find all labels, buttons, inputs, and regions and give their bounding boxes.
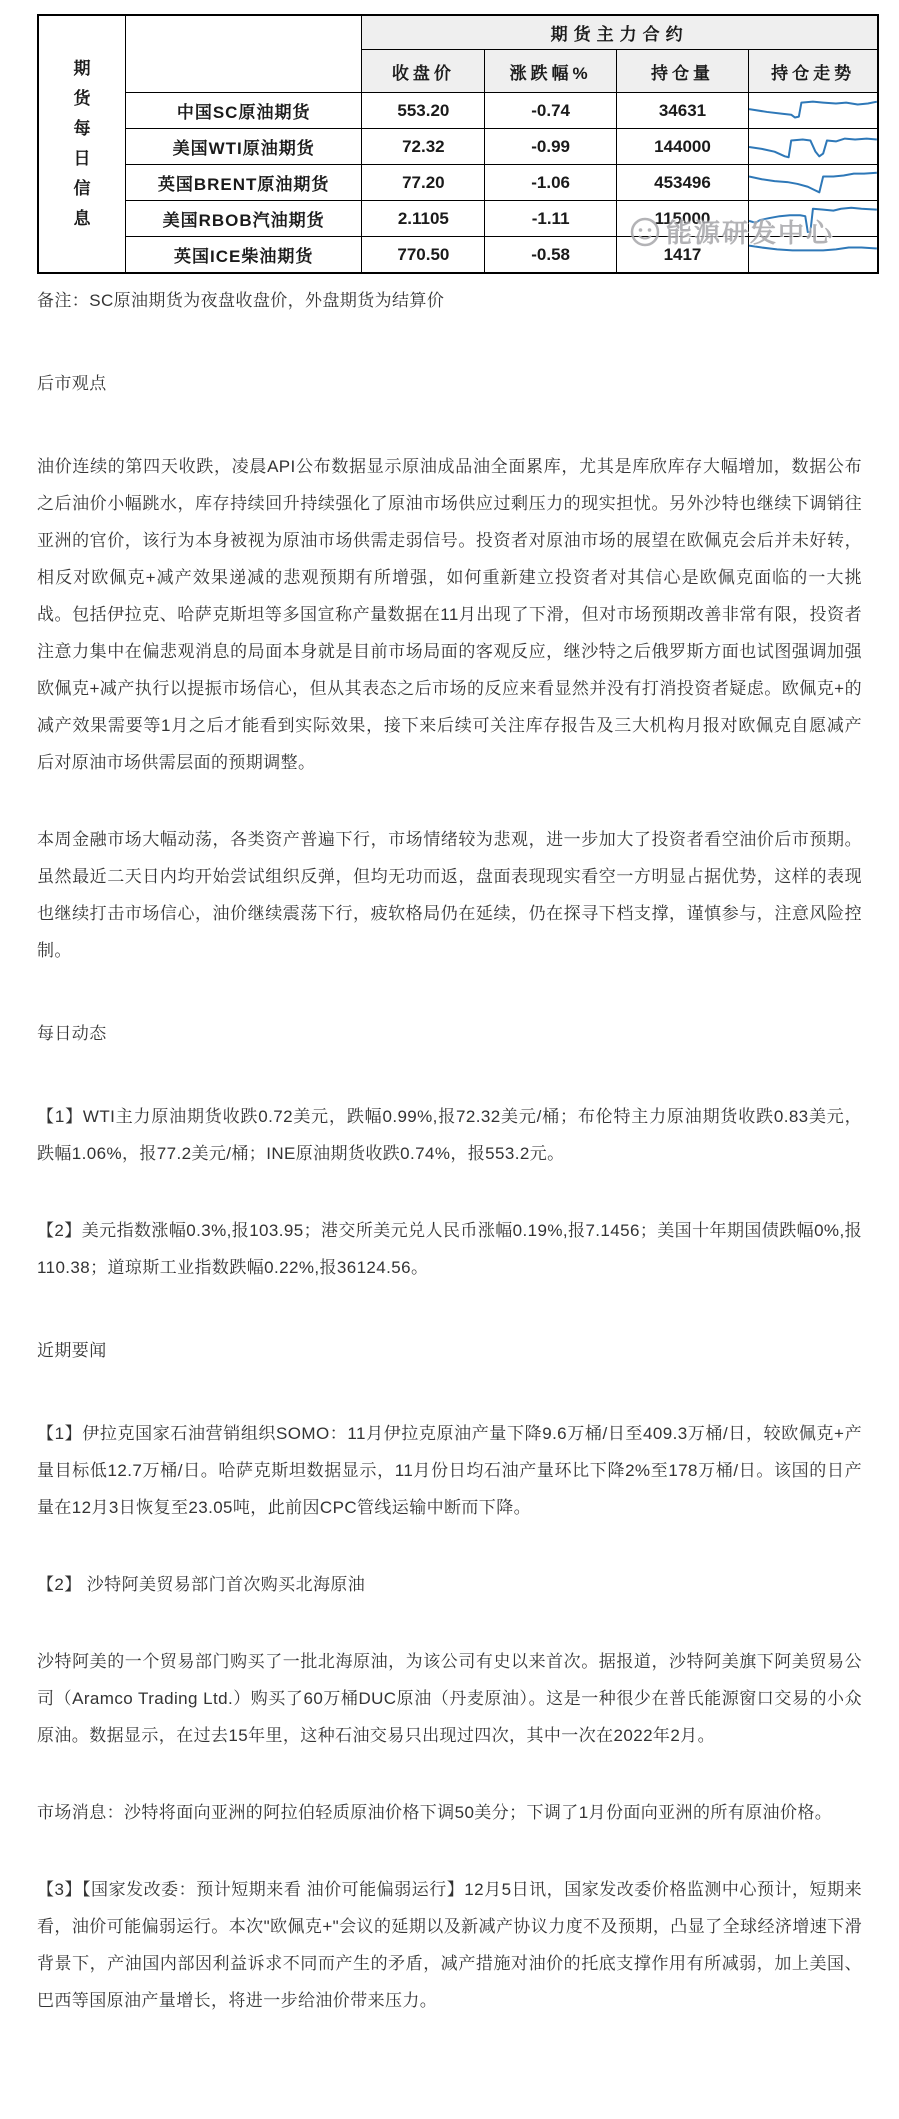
contract-name-cell: 美国WTI原油期货 [126,129,362,165]
trend-sparkline [749,133,877,161]
section-heading-daily: 每日动态 [37,1015,862,1052]
paragraph-daily-2: 【2】美元指数涨幅0.3%,报103.95；港交所美元兑人民币涨幅0.19%,报… [37,1212,862,1286]
close-price-cell: 553.20 [362,93,485,129]
paragraph-news-2-title: 【2】 沙特阿美贸易部门首次购买北海原油 [37,1566,862,1603]
close-price-cell: 72.32 [362,129,485,165]
table-row: 英国BRENT原油期货 77.20 -1.06 453496 [38,165,878,201]
paragraph-outlook-2: 本周金融市场大幅动荡，各类资产普遍下行，市场情绪较为悲观，进一步加大了投资者看空… [37,821,862,969]
open-interest-cell: 34631 [616,93,748,129]
col-header-close: 收盘价 [362,50,485,93]
trend-sparkline [749,97,877,125]
section-heading-outlook: 后市观点 [37,365,862,402]
trend-sparkline-cell [749,129,878,165]
trend-sparkline-cell [749,165,878,201]
section-heading-news: 近期要闻 [37,1332,862,1369]
paragraph-news-2-body: 沙特阿美的一个贸易部门购买了一批北海原油，为该公司有史以来首次。据报道，沙特阿美… [37,1643,862,1754]
open-interest-cell: 1417 [616,237,748,274]
open-interest-cell: 115000 [616,201,748,237]
change-pct-cell: -0.58 [485,237,616,274]
change-pct-cell: -0.99 [485,129,616,165]
contract-name-cell: 中国SC原油期货 [126,93,362,129]
trend-sparkline [749,169,877,197]
paragraph-news-3: 【3】【国家发改委：预计短期来看 油价可能偏弱运行】12月5日讯，国家发改委价格… [37,1871,862,2019]
paragraph-market-message: 市场消息：沙特将面向亚洲的阿拉伯轻质原油价格下调50美分；下调了1月份面向亚洲的… [37,1794,862,1831]
report-page: { "colors": { "negative_change": "#00a45… [0,0,899,2119]
close-price-cell: 770.50 [362,237,485,274]
table-row-header: 期货每日信息 [38,15,126,273]
paragraph-outlook-1: 油价连续的第四天收跌，凌晨API公布数据显示原油成品油全面累库，尤其是库欣库存大… [37,448,862,781]
group-header: 期货主力合约 [362,15,878,50]
paragraph-news-1: 【1】伊拉克国家石油营销组织SOMO：11月伊拉克原油产量下降9.6万桶/日至4… [37,1415,862,1526]
contract-name-cell: 英国ICE柴油期货 [126,237,362,274]
open-interest-cell: 453496 [616,165,748,201]
contract-name-cell: 美国RBOB汽油期货 [126,201,362,237]
col-header-change: 涨跌幅% [485,50,616,93]
trend-sparkline-cell [749,93,878,129]
table-row: 美国RBOB汽油期货 2.1105 -1.11 115000 [38,201,878,237]
row-header-text: 期货每日信息 [72,54,92,234]
table-footnote: 备注：SC原油期货为夜盘收盘价，外盘期货为结算价 [37,282,862,319]
trend-sparkline [749,205,877,233]
close-price-cell: 2.1105 [362,201,485,237]
change-pct-cell: -0.74 [485,93,616,129]
futures-table-wrap: 期货每日信息 期货主力合约 收盘价 涨跌幅% 持仓量 持仓走势 中国SC原油期货… [0,0,899,274]
change-pct-cell: -1.11 [485,201,616,237]
futures-table: 期货每日信息 期货主力合约 收盘价 涨跌幅% 持仓量 持仓走势 中国SC原油期货… [37,14,879,274]
trend-sparkline-cell [749,237,878,274]
table-row: 英国ICE柴油期货 770.50 -0.58 1417 [38,237,878,274]
change-pct-cell: -1.06 [485,165,616,201]
paragraph-daily-1: 【1】WTI主力原油期货收跌0.72美元，跌幅0.99%,报72.32美元/桶；… [37,1098,862,1172]
contract-name-cell: 英国BRENT原油期货 [126,165,362,201]
table-row: 美国WTI原油期货 72.32 -0.99 144000 [38,129,878,165]
col-header-trend: 持仓走势 [749,50,878,93]
trend-sparkline-cell [749,201,878,237]
open-interest-cell: 144000 [616,129,748,165]
empty-corner-cell [126,15,362,93]
close-price-cell: 77.20 [362,165,485,201]
table-row: 中国SC原油期货 553.20 -0.74 34631 [38,93,878,129]
trend-sparkline [749,241,877,269]
col-header-open-interest: 持仓量 [616,50,748,93]
report-body: 备注：SC原油期货为夜盘收盘价，外盘期货为结算价 后市观点 油价连续的第四天收跌… [0,282,899,2119]
